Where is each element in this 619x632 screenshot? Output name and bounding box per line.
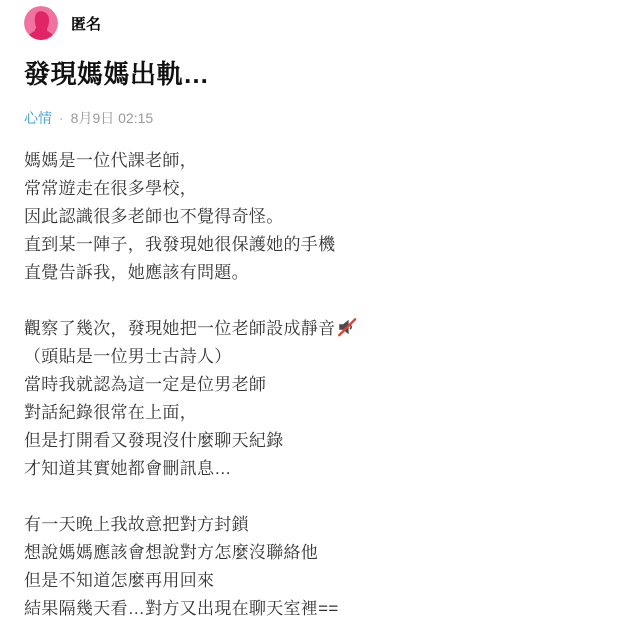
post-line: 結果隔幾天看…對方又出現在聊天室裡== (24, 595, 595, 623)
post-line: 觀察了幾次，發現她把一位老師設成靜音 (24, 315, 595, 343)
post-title: 發現媽媽出軌… (24, 57, 595, 91)
post-line: 想說媽媽應該會想說對方怎麼沒聯絡他 (24, 539, 595, 567)
post-line-text: 直覺告訴我，她應該有問題。 (24, 263, 249, 282)
post-header: 匿名 (24, 6, 595, 40)
post-line-text: 常常遊走在很多學校， (24, 179, 197, 198)
post-paragraph: 媽媽是一位代課老師，常常遊走在很多學校，因此認識很多老師也不覺得奇怪。直到某一陣… (24, 147, 595, 287)
topic-link[interactable]: 心情 (24, 108, 52, 128)
post-paragraph: 觀察了幾次，發現她把一位老師設成靜音 （頭貼是一位男士古詩人）當時我就認為這一定… (24, 315, 595, 483)
post-line: 但是不知道怎麼再用回來 (24, 567, 595, 595)
post-line-text: 想說媽媽應該會想說對方怎麼沒聯絡他 (24, 543, 318, 562)
post-line-text: 直到某一陣子，我發現她很保護她的手機 (24, 235, 335, 254)
post-line: 有一天晚上我故意把對方封鎖 (24, 511, 595, 539)
post-line: 直到某一陣子，我發現她很保護她的手機 (24, 231, 595, 259)
post-line-text: 才知道其實她都會刪訊息… (24, 459, 232, 478)
post-line-text: 但是打開看又發現沒什麼聊天紀錄 (24, 431, 284, 450)
post-line: （頭貼是一位男士古詩人） (24, 343, 595, 371)
post-line: 才知道其實她都會刪訊息… (24, 455, 595, 483)
post-line: 直覺告訴我，她應該有問題。 (24, 259, 595, 287)
post-line: 當時我就認為這一定是位男老師 (24, 371, 595, 399)
post-paragraph: 有一天晚上我故意把對方封鎖想說媽媽應該會想說對方怎麼沒聯絡他但是不知道怎麼再用回… (24, 511, 595, 623)
post-timestamp: 8月9日 02:15 (71, 108, 154, 128)
post-line: 媽媽是一位代課老師， (24, 147, 595, 175)
author-name: 匿名 (71, 13, 101, 34)
post-line: 常常遊走在很多學校， (24, 175, 595, 203)
post-line-text: 結果隔幾天看…對方又出現在聊天室裡== (24, 599, 339, 618)
post-body: 媽媽是一位代課老師，常常遊走在很多學校，因此認識很多老師也不覺得奇怪。直到某一陣… (24, 147, 595, 623)
avatar (24, 6, 58, 40)
post-card: 匿名 發現媽媽出軌… 心情 · 8月9日 02:15 媽媽是一位代課老師，常常遊… (0, 0, 619, 623)
post-line-text: 對話紀錄很常在上面， (24, 403, 197, 422)
post-line-text: （頭貼是一位男士古詩人） (24, 347, 232, 366)
post-line: 對話紀錄很常在上面， (24, 399, 595, 427)
meta-separator: · (59, 110, 64, 126)
post-line-text: 媽媽是一位代課老師， (24, 151, 197, 170)
post-line: 因此認識很多老師也不覺得奇怪。 (24, 203, 595, 231)
post-line-text: 但是不知道怎麼再用回來 (24, 571, 214, 590)
muted-speaker-emoji (337, 317, 357, 337)
post-line-text: 當時我就認為這一定是位男老師 (24, 375, 266, 394)
post-line-text: 因此認識很多老師也不覺得奇怪。 (24, 207, 284, 226)
post-meta: 心情 · 8月9日 02:15 (24, 108, 595, 128)
post-line-text: 有一天晚上我故意把對方封鎖 (24, 515, 249, 534)
post-line-text: 觀察了幾次，發現她把一位老師設成靜音 (24, 319, 335, 338)
post-line: 但是打開看又發現沒什麼聊天紀錄 (24, 427, 595, 455)
